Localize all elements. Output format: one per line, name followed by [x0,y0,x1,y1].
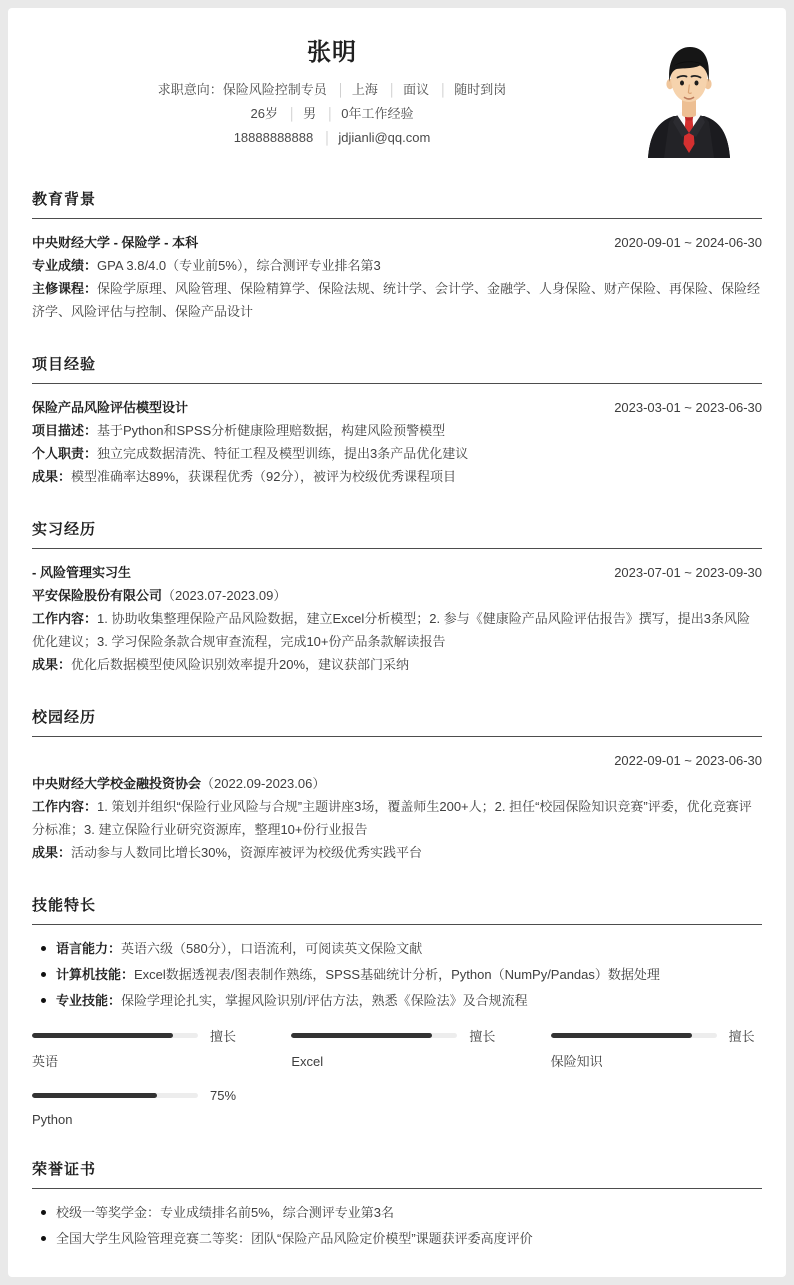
header-center-block: 张明 求职意向：保险风险控制专员 │上海 │面议 │随时到岗 26岁 │男 │0… [32,36,632,150]
project-date-range: 2023-03-01 ~ 2023-06-30 [614,396,762,419]
project-description-label: 项目描述： [32,423,97,438]
internship-head-row: - 风险管理实习生 2023-07-01 ~ 2023-09-30 [32,561,762,584]
bar-line: 擅长 [32,1026,243,1045]
internship-duty-label: 工作内容： [32,611,97,626]
skill-level-text: 擅长 [729,1026,755,1045]
progress-fill [551,1033,692,1038]
progress-track [551,1033,717,1038]
project-name: 保险产品风险评估模型设计 [32,396,188,419]
campus-result-row: 成果：活动参与人数同比增长30%，资源库被评为校级优秀实践平台 [32,841,762,864]
internship-result-row: 成果：优化后数据模型使风险识别效率提升20%，建议获部门采纳 [32,653,762,676]
bullet-dot [41,946,46,951]
campus-result-text: 活动参与人数同比增长30%，资源库被评为校级优秀实践平台 [71,845,422,860]
computer-skill-label: 计算机技能： [56,967,134,982]
skill-bars-grid: 擅长 英语 擅长 Excel 擅长 保险知识 [32,1026,762,1128]
progress-fill [32,1033,173,1038]
separator-bar: │ [327,107,335,121]
bar-line: 擅长 [551,1026,762,1045]
section-title-education: 教育背景 [32,188,762,219]
phone-number: 18888888888 [234,130,314,145]
project-result-text: 模型准确率达89%，获课程优秀（92分），被评为校级优秀课程项目 [71,469,456,484]
internship-body: - 风险管理实习生 2023-07-01 ~ 2023-09-30 平安保险股份… [32,549,762,676]
campus-result-label: 成果： [32,845,71,860]
bullet-dot [41,1210,46,1215]
project-description-row: 项目描述：基于Python和SPSS分析健康险理赔数据，构建风险预警模型 [32,419,762,442]
skill-bullet-professional: 专业技能：保险学理论扎实，掌握风险识别/评估方法，熟悉《保险法》及合规流程 [32,989,762,1012]
skills-bullet-list: 语言能力：英语六级（580分），口语流利，可阅读英文保险文献 计算机技能：Exc… [32,937,762,1012]
skill-name-text: 英语 [32,1054,243,1070]
section-campus: 校园经历 2022-09-01 ~ 2023-06-30 中央财经大学校金融投资… [32,706,762,864]
language-skill-text: 英语六级（580分），口语流利，可阅读英文保险文献 [121,941,422,956]
bar-line: 75% [32,1088,243,1103]
bar-line: 擅长 [291,1026,502,1045]
separator-bar: │ [324,131,332,145]
profile-photo [640,36,738,158]
school-degree: 中央财经大学 - 保险学 - 本科 [32,231,198,254]
project-result-label: 成果： [32,469,71,484]
project-duty-row: 个人职责：独立完成数据清洗、特征工程及模型训练，提出3条产品优化建议 [32,442,762,465]
skill-level-text: 擅长 [210,1026,236,1045]
job-intent-salary: 面议 [403,82,429,97]
section-project: 项目经验 保险产品风险评估模型设计 2023-03-01 ~ 2023-06-3… [32,353,762,488]
candidate-name: 张明 [32,36,632,70]
section-title-honors: 荣誉证书 [32,1158,762,1189]
campus-head-row: 2022-09-01 ~ 2023-06-30 [32,749,762,772]
honor-bullet-scholarship: 校级一等奖学金：专业成绩排名前5%，综合测评专业第3名 [32,1201,762,1224]
skill-bar-excel: 擅长 Excel [291,1026,502,1070]
section-skills: 技能特长 语言能力：英语六级（580分），口语流利，可阅读英文保险文献 计算机技… [32,894,762,1128]
email-address: jdjianli@qq.com [338,130,430,145]
separator-bar: │ [389,83,397,97]
skill-bar-english: 擅长 英语 [32,1026,243,1070]
internship-role: - 风险管理实习生 [32,561,131,584]
org-period: （2022.09-2023.06） [201,776,325,791]
skill-name-text: 保险知识 [551,1054,762,1070]
project-body: 保险产品风险评估模型设计 2023-03-01 ~ 2023-06-30 项目描… [32,384,762,488]
resume-page: 张明 求职意向：保险风险控制专员 │上海 │面议 │随时到岗 26岁 │男 │0… [8,8,786,1277]
resume-header: 张明 求职意向：保险风险控制专员 │上海 │面议 │随时到岗 26岁 │男 │0… [32,28,762,158]
education-gpa-row: 专业成绩：GPA 3.8/4.0（专业前5%），综合测评专业排名第3 [32,254,762,277]
section-education: 教育背景 中央财经大学 - 保险学 - 本科 2020-09-01 ~ 2024… [32,188,762,323]
skill-level-text: 75% [210,1088,236,1103]
education-head-row: 中央财经大学 - 保险学 - 本科 2020-09-01 ~ 2024-06-3… [32,231,762,254]
skill-name-text: Excel [291,1054,502,1070]
education-date-range: 2020-09-01 ~ 2024-06-30 [614,231,762,254]
scholarship-text: 专业成绩排名前5%，综合测评专业第3名 [160,1205,394,1220]
competition-text: 团队“保险产品风险定价模型”课题获评委高度评价 [251,1231,533,1246]
company-name: 平安保险股份有限公司 [32,588,162,603]
separator-bar: │ [289,107,297,121]
job-intent-label: 求职意向： [158,82,223,97]
project-duty-label: 个人职责： [32,446,97,461]
progress-track [291,1033,457,1038]
basic-info-line: 26岁 │男 │0年工作经验 [32,102,632,126]
job-intent-position: 保险风险控制专员 [223,82,327,97]
gpa-text: GPA 3.8/4.0（专业前5%），综合测评专业排名第3 [97,258,381,273]
progress-track [32,1033,198,1038]
gpa-label: 专业成绩： [32,258,97,273]
bullet-dot [41,1236,46,1241]
internship-date-range: 2023-07-01 ~ 2023-09-30 [614,561,762,584]
internship-result-text: 优化后数据模型使风险识别效率提升20%，建议获部门采纳 [71,657,409,672]
campus-body: 2022-09-01 ~ 2023-06-30 中央财经大学校金融投资协会（20… [32,737,762,864]
section-title-project: 项目经验 [32,353,762,384]
courses-text: 保险学原理、风险管理、保险精算学、保险法规、统计学、会计学、金融学、人身保险、财… [32,281,760,319]
experience-text: 0年工作经验 [341,106,413,121]
project-description-text: 基于Python和SPSS分析健康险理赔数据，构建风险预警模型 [97,423,445,438]
job-intent-city: 上海 [352,82,378,97]
avatar-illustration [640,36,738,158]
campus-duty-row: 工作内容：1. 策划并组织“保险行业风险与合规”主题讲座3场，覆盖师生200+人… [32,795,762,841]
section-title-internship: 实习经历 [32,518,762,549]
progress-fill [291,1033,432,1038]
competition-label: 全国大学生风险管理竞赛二等奖： [56,1231,251,1246]
project-duty-text: 独立完成数据清洗、特征工程及模型训练，提出3条产品优化建议 [97,446,468,461]
education-body: 中央财经大学 - 保险学 - 本科 2020-09-01 ~ 2024-06-3… [32,219,762,323]
courses-label: 主修课程： [32,281,97,296]
org-name: 中央财经大学校金融投资协会 [32,776,201,791]
internship-duty-row: 工作内容：1. 协助收集整理保险产品风险数据，建立Excel分析模型；2. 参与… [32,607,762,653]
skill-bullet-computer: 计算机技能：Excel数据透视表/图表制作熟练，SPSS基础统计分析，Pytho… [32,963,762,986]
section-title-skills: 技能特长 [32,894,762,925]
skill-name-text: Python [32,1112,243,1128]
professional-skill-label: 专业技能： [56,993,121,1008]
bullet-dot [41,972,46,977]
section-internship: 实习经历 - 风险管理实习生 2023-07-01 ~ 2023-09-30 平… [32,518,762,676]
honors-body: 校级一等奖学金：专业成绩排名前5%，综合测评专业第3名 全国大学生风险管理竞赛二… [32,1189,762,1250]
internship-duty-text: 1. 协助收集整理保险产品风险数据，建立Excel分析模型；2. 参与《健康险产… [32,611,750,649]
internship-result-label: 成果： [32,657,71,672]
project-result-row: 成果：模型准确率达89%，获课程优秀（92分），被评为校级优秀课程项目 [32,465,762,488]
skill-bullet-language: 语言能力：英语六级（580分），口语流利，可阅读英文保险文献 [32,937,762,960]
professional-skill-text: 保险学理论扎实，掌握风险识别/评估方法，熟悉《保险法》及合规流程 [121,993,528,1008]
honor-bullet-competition: 全国大学生风险管理竞赛二等奖：团队“保险产品风险定价模型”课题获评委高度评价 [32,1227,762,1250]
skill-bar-insurance: 擅长 保险知识 [551,1026,762,1070]
separator-bar: │ [440,83,448,97]
campus-date-range: 2022-09-01 ~ 2023-06-30 [614,749,762,772]
gender-text: 男 [303,106,316,121]
separator-bar: │ [337,83,345,97]
bullet-dot [41,998,46,1003]
contact-line: 18888888888 │jdjianli@qq.com [32,126,632,150]
progress-track [32,1093,198,1098]
computer-skill-text: Excel数据透视表/图表制作熟练，SPSS基础统计分析，Python（NumP… [134,967,660,982]
age-text: 26岁 [251,106,278,121]
skill-bar-python: 75% Python [32,1088,243,1128]
internship-company-row: 平安保险股份有限公司（2023.07-2023.09） [32,584,762,607]
progress-fill [32,1093,157,1098]
section-honors: 荣誉证书 校级一等奖学金：专业成绩排名前5%，综合测评专业第3名 全国大学生风险… [32,1158,762,1250]
education-courses-row: 主修课程：保险学原理、风险管理、保险精算学、保险法规、统计学、会计学、金融学、人… [32,277,762,323]
honors-bullet-list: 校级一等奖学金：专业成绩排名前5%，综合测评专业第3名 全国大学生风险管理竞赛二… [32,1201,762,1250]
campus-org-row: 中央财经大学校金融投资协会（2022.09-2023.06） [32,772,762,795]
scholarship-label: 校级一等奖学金： [56,1205,160,1220]
campus-duty-label: 工作内容： [32,799,97,814]
project-head-row: 保险产品风险评估模型设计 2023-03-01 ~ 2023-06-30 [32,396,762,419]
language-skill-label: 语言能力： [56,941,121,956]
section-title-campus: 校园经历 [32,706,762,737]
job-intent-availability: 随时到岗 [454,82,506,97]
skills-body: 语言能力：英语六级（580分），口语流利，可阅读英文保险文献 计算机技能：Exc… [32,925,762,1128]
company-period: （2023.07-2023.09） [162,588,286,603]
job-intent-line: 求职意向：保险风险控制专员 │上海 │面议 │随时到岗 [32,78,632,102]
campus-duty-text: 1. 策划并组织“保险行业风险与合规”主题讲座3场，覆盖师生200+人；2. 担… [32,799,752,837]
skill-level-text: 擅长 [469,1026,495,1045]
